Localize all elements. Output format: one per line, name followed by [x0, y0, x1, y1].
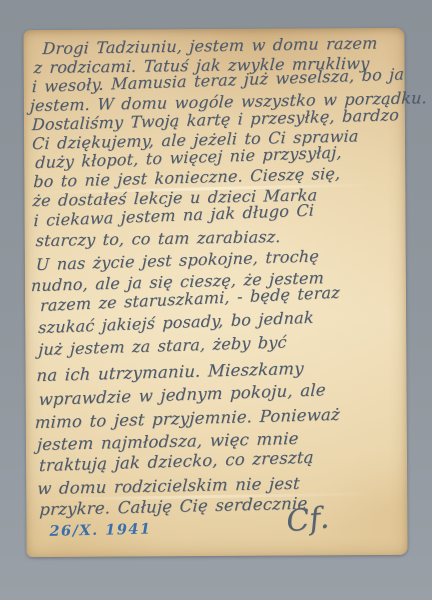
- letter-line-17: na ich utrzymaniu. Mieszkamy: [36, 361, 304, 385]
- letter-paper: Drogi Tadziuniu, jestem w domu razem z r…: [23, 28, 407, 557]
- letter-line-18: wprawdzie w jednym pokoju, ale: [38, 382, 326, 408]
- letter-line-16: już jestem za stara, żeby być: [38, 334, 287, 358]
- letter-line-23: przykre. Całuję Cię serdecznie: [39, 496, 308, 519]
- signature: Cf.: [285, 501, 331, 540]
- letter-line-11: starczy to, co tam zarabiasz.: [35, 229, 281, 249]
- scan-background: Drogi Tadziuniu, jestem w domu razem z r…: [0, 0, 432, 600]
- letter-line-19: mimo to jest przyjemnie. Ponieważ: [34, 407, 340, 432]
- letter-line-21: traktują jak dziecko, co zresztą: [39, 450, 314, 475]
- date: 26/X. 1941: [49, 521, 152, 540]
